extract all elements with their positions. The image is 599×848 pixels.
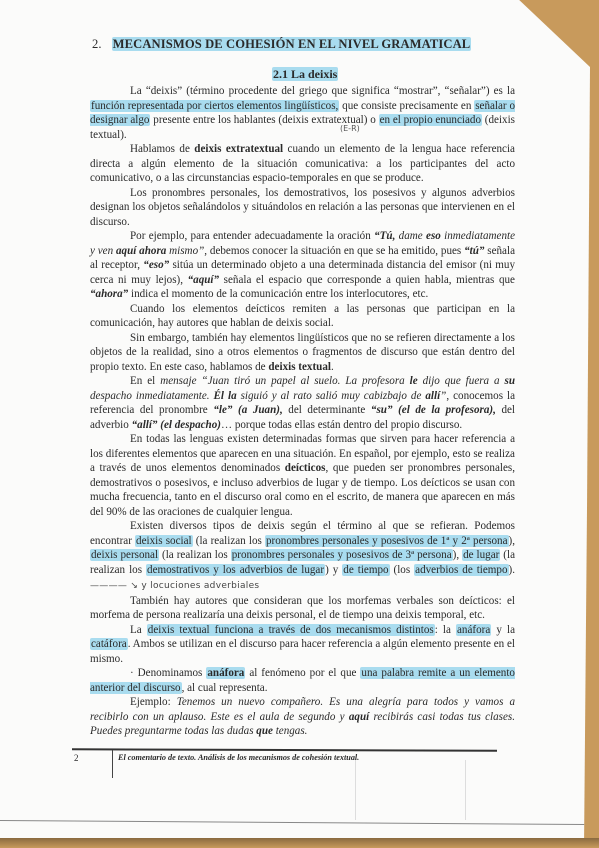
paragraph-9: Existen diversos tipos de deixis según e…: [90, 519, 515, 594]
section-number: 2.: [92, 37, 102, 51]
paragraph-3: Los pronombres personales, los demostrat…: [90, 186, 515, 230]
paragraph-5: Cuando los elementos deícticos remiten a…: [90, 302, 515, 331]
paragraph-1: La “deixis” (término procedente del grie…: [90, 84, 515, 142]
footer-rule: [72, 748, 497, 751]
footer-title: El comentario de texto. Análisis de los …: [118, 753, 359, 762]
paragraph-12: · Denominamos anáfora al fenómeno por el…: [90, 666, 515, 695]
section-heading: 2.MECANISMOS DE COHESIÓN EN EL NIVEL GRA…: [92, 37, 471, 52]
paragraph-10: También hay autores que consideran que l…: [90, 594, 515, 623]
page-number: 2: [74, 753, 79, 763]
body-text: La “deixis” (término procedente del grie…: [90, 84, 515, 739]
faint-rule: [355, 760, 356, 820]
section-title: MECANISMOS DE COHESIÓN EN EL NIVEL GRAMA…: [112, 37, 472, 51]
paragraph-11: La deixis textual funciona a través de d…: [90, 623, 515, 667]
document-page: 2.MECANISMOS DE COHESIÓN EN EL NIVEL GRA…: [0, 0, 590, 838]
paragraph-4: Por ejemplo, para entender adecuadamente…: [90, 229, 515, 302]
paragraph-7: En el mensaje “Juan tiró un papel al sue…: [90, 374, 515, 432]
paragraph-8: En todas las lenguas existen determinada…: [90, 432, 515, 519]
paragraph-2: Hablamos de deixis extratextual cuando u…: [90, 142, 515, 186]
wood-edge: [0, 838, 599, 848]
paragraph-6: Sin embargo, también hay elementos lingü…: [90, 331, 515, 375]
handwritten-note: ———— ↘ y locuciones adverbiales: [90, 581, 259, 591]
faint-rule: [465, 760, 466, 820]
page-bottom-edge: [0, 820, 590, 825]
subsection-heading: 2.1 La deixis: [272, 67, 338, 82]
margin-annotation: (E-R): [340, 124, 360, 133]
paragraph-13: Ejemplo: Tenemos un nuevo compañero. Es …: [90, 695, 515, 739]
footer-divider: [112, 750, 113, 778]
